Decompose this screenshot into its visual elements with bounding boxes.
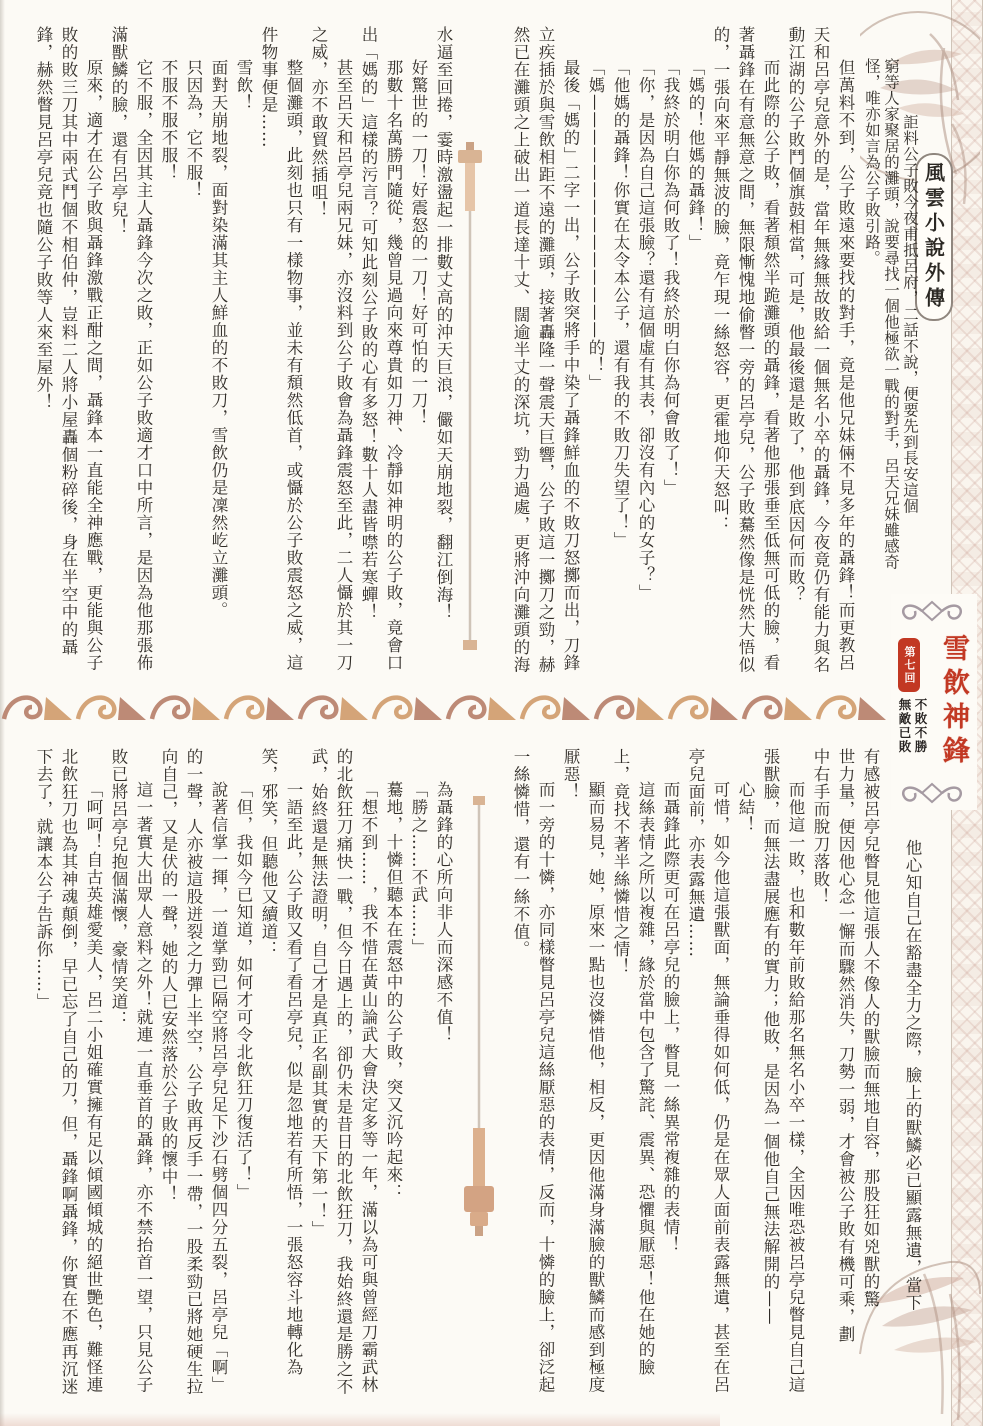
text-column: 中右手而脫刀落敗！ [808, 748, 833, 1418]
chapter-motto-left: 無敵已敗 [895, 698, 913, 768]
text-column: 「想不到……，我不惜在黃山論武大會決定多等一年，滿以為可與曾經刀霸武林 [356, 748, 381, 1418]
text-column: 而一旁的十憐，亦同樣瞥見呂亭兒這絲厭惡的表情，反而，十憐的臉上，卻泛起 [533, 748, 558, 1418]
text-column: 著聶鋒在有意無意之間，無限慚愧地偷瞥一旁的呂亭兒，公子敗驀然像是恍然大悟似 [733, 26, 758, 682]
text-column: 「但，我如今已知道，如何才可令北飲狂刀復活了！」 [231, 748, 256, 1418]
text-column: 鋒，赫然瞥見呂亭兒竟也隨公子敗等人來至屋外！ [31, 26, 56, 682]
text-column: 詎料公子敗今夜甫抵呂府，二話不說，便要先到長安這個 [900, 58, 919, 664]
text-column: 驀地，十憐但聽本在震怒中的公子敗，突又沉吟起來： [381, 748, 406, 1418]
text-column: 有感被呂亭兒瞥見他這張人不像人的獸臉而無地自容，那股狂如兇獸的驚 [858, 748, 883, 1418]
masthead-title: 風雲小說外傳 [915, 153, 953, 321]
text-column: 甚至呂天和呂亭兒兩兄妹，亦沒料到公子敗會為聶鋒震怒至此，二人懾於其一刀 [331, 26, 356, 682]
sword-divider-bottom-icon [456, 796, 502, 1314]
text-column: 說著信掌一揮，一道掌勁已隔空將呂亭兒足下沙石劈個四分五裂，呂亭兒「啊」 [206, 748, 231, 1418]
text-column: 可惜，如今他這張獸面，無論垂得如何低，仍是在眾人面前表露無遺，甚至在呂 [708, 748, 733, 1418]
text-column: 「媽——————————————的！」 [583, 26, 608, 682]
text-column: 敗已將呂亭兒抱個滿懷，豪情笑道： [106, 748, 131, 1418]
text-column: 它不服，全因其主人聶鋒今次之敗，正如公子敗適才口中所言，是因為他那張佈 [131, 26, 156, 682]
text-column: 而此際的公子敗，看著頹然半跪灘頭的聶鋒，看著他那張垂至低無可低的臉，看 [758, 26, 783, 682]
text-column: 天和呂亭兒意外的是，當年無緣無故敗給一個無名小卒的聶鋒，今夜竟仍有能力與名 [808, 26, 833, 682]
text-column: 厭惡！ [558, 748, 583, 1418]
top-main-columns: 但萬料不到，公子敗遠來要找的對手，竟是他兄妹倆不見多年的聶鋒！而更教呂天和呂亭兒… [12, 26, 858, 682]
text-column: 但萬料不到，公子敗遠來要找的對手，竟是他兄妹倆不見多年的聶鋒！而更教呂 [833, 26, 858, 682]
text-column: 「你，是因為自己這張臉？還有這個虛有其表，卻沒有內心的女子？」 [633, 26, 658, 682]
text-column: 笑，邪笑，但聽他又續道： [256, 748, 281, 1418]
bottom-opening-columns: 他心知自己在豁盡全力之際，臉上的獸鱗必已顯露無遺，當下 [895, 806, 925, 1418]
text-column: 雪飲！ [231, 26, 256, 682]
text-column: 顯而易見，她，原來一點也沒憐惜他，相反，更因他滿身滿臉的獸鱗而感到極度 [583, 748, 608, 1418]
chapter-motto-right: 不敗不勝 [911, 698, 929, 768]
text-column: 「呵呵！自古英雄愛美人，呂二小姐確實擁有足以傾國傾城的絕世艷色，難怪連 [81, 748, 106, 1418]
text-column: 怪，唯亦如言為公子敗引路。 [862, 58, 881, 664]
text-column: 為聶鋒的心所向非人而深感不值！ [431, 748, 456, 1418]
text-column: 亭兒面前，亦表露無遺…… [683, 748, 708, 1418]
text-column: 面對天崩地裂，面對染滿其主人鮮血的不敗刀，雪飲仍是凜然屹立灘頭。 [206, 26, 231, 682]
text-column: 向自己，又是伏的一聲，她的人已安然落於公子敗的懷中！ [156, 748, 181, 1418]
text-column: 出「媽的」這樣的污言？可知此刻公子敗的心有多怒！數十人盡皆噤若寒蟬！ [356, 26, 381, 682]
text-column: 原來，適才在公子敗與聶鋒激戰正酣之間，聶鋒本一直能全神應戰，更能與公子 [81, 26, 106, 682]
text-column: 然已在灘頭之上破出一道長達十丈、闊逾半丈的深坑，勁力過處，更將沖向灘頭的海 [508, 26, 533, 682]
wave-scroll-band-icon [0, 689, 890, 727]
text-column: 好驚世的一刀！好震怒的一刀！好可怕的一刀！ [406, 26, 431, 682]
text-column: 件物事便是…… [256, 26, 281, 682]
text-column: 一語至此，公子敗又看了看呂亭兒，似是忽地若有所悟，一張怒容斗地轉化為 [281, 748, 306, 1418]
text-column: 張獸臉，而無法盡展應有的實力；他敗，是因為一個他自己無法解開的—— [758, 748, 783, 1418]
text-column: 武，始終還是無法證明，自己才是真正名副其實的天下第一！」 [306, 748, 331, 1418]
ornament-knot-bottom-icon [897, 778, 967, 808]
text-column: 一絲憐惜，還有一絲不值。 [508, 748, 533, 1418]
text-column: 他心知自己在豁盡全力之際，臉上的獸鱗必已顯露無遺，當下 [900, 806, 925, 1418]
text-column: 「我終於明白你為何敗了！我終於明白你為何會敗了！」 [658, 26, 683, 682]
text-column: 動江湖的公子敗鬥個旗鼓相當，可是，他最後還是敗了，他到底因何而敗？ [783, 26, 808, 682]
text-column: 北飲狂刀也為其神魂顛倒，早已忘了自己的刀，但，聶鋒啊聶鋒，你實在不應再沉迷 [56, 748, 81, 1418]
text-column: 敗的敗三刀其中兩式鬥個不相伯仲，豈料二人將小屋轟個粉碎後，身在半空中的聶 [56, 26, 81, 682]
text-column: 滿獸鱗的臉，還有呂亭兒！ [106, 26, 131, 682]
text-column: 這絲表情之所以複雜，緣於當中包含了驚詫、震異、恐懼與厭惡！他在她的臉 [633, 748, 658, 1418]
text-column: 世力量，便因他心念一懈而驟然消失，刀勢一弱，才會被公子敗有機可乘，劃 [833, 748, 858, 1418]
text-column: 之威，亦不敢貿然插咀！ [306, 26, 331, 682]
text-column: 這一著實大出眾人意料之外！就連一直垂首的聶鋒，亦不禁抬首一望，只見公子 [131, 748, 156, 1418]
text-column: 立疾插於與雪飲相距不遠的灘頭，接著轟隆一聲震天巨響，公子敗這一擲刀之勁，赫 [533, 26, 558, 682]
text-column: 窮等人家聚居的灘頭，說要尋找一個他極欲一戰的對手，呂天兄妹雖感奇 [881, 58, 900, 664]
text-column: 而他這一敗，也和數年前敗給那名無名小卒一樣，全因唯恐被呂亭兒瞥見自己這 [783, 748, 808, 1418]
bottom-main-columns: 有感被呂亭兒瞥見他這張人不像人的獸臉而無地自容，那股狂如兇獸的驚世力量，便因他心… [10, 748, 883, 1418]
text-column: 的北飲狂刀痛快一戰，但今日遇上的，卻仍未是昔日的北飲狂刀，我始終還是勝之不 [331, 748, 356, 1418]
text-column: 那數十名萬勝門隨從，幾曾見過向來尊貴如刀神、冷靜如神明的公子敗，竟會口 [381, 26, 406, 682]
scan-edge-bottom [0, 1413, 720, 1426]
text-column: 「勝之……不武……」 [406, 748, 431, 1418]
text-column: 最後「媽的」二字一出，公子敗突將手中染了聶鋒鮮血的不敗刀怒擲而出，刀鋒 [558, 26, 583, 682]
text-column: 只因為，它不服！ [181, 26, 206, 682]
text-column: 的，一張向來平靜無波的臉，竟乍現一絲怒容，更霍地仰天怒叫： [708, 26, 733, 682]
text-column: 「他媽的聶鋒！你實在太令本公子，還有我的不敗刀失望了！」 [608, 26, 633, 682]
series-title: 雪飲神鋒 [931, 634, 973, 780]
top-opening-columns: 詎料公子敗今夜甫抵呂府，二話不說，便要先到長安這個窮等人家聚居的灘頭，說要尋找一… [861, 58, 919, 664]
text-column: 的一聲，人亦被這股迸裂之力彈上半空，公子敗再反手一帶，一股柔勁已將她硬生拉 [181, 748, 206, 1418]
text-column: 心結！ [733, 748, 758, 1418]
sword-divider-top-icon [448, 142, 492, 654]
novel-page: 風雲小說外傳 雪飲神鋒 第七回 不敗不勝 無敵已敗 [0, 0, 983, 1426]
text-column: 不服不服不服！ [156, 26, 181, 682]
text-column: 而聶鋒此際更可在呂亭兒的臉上，瞥見一絲異常複雜的表情！ [658, 748, 683, 1418]
text-column: 上，竟找不著半絲憐惜之情！ [608, 748, 633, 1418]
text-column: 整個灘頭，此刻也只有一樣物事，並未有頹然低首，或懾於公子敗震怒之威，這 [281, 26, 306, 682]
text-column: 下去了，就讓本公子告訴你……」 [31, 748, 56, 1418]
text-column: 「媽的！他媽的聶鋒！」 [683, 26, 708, 682]
